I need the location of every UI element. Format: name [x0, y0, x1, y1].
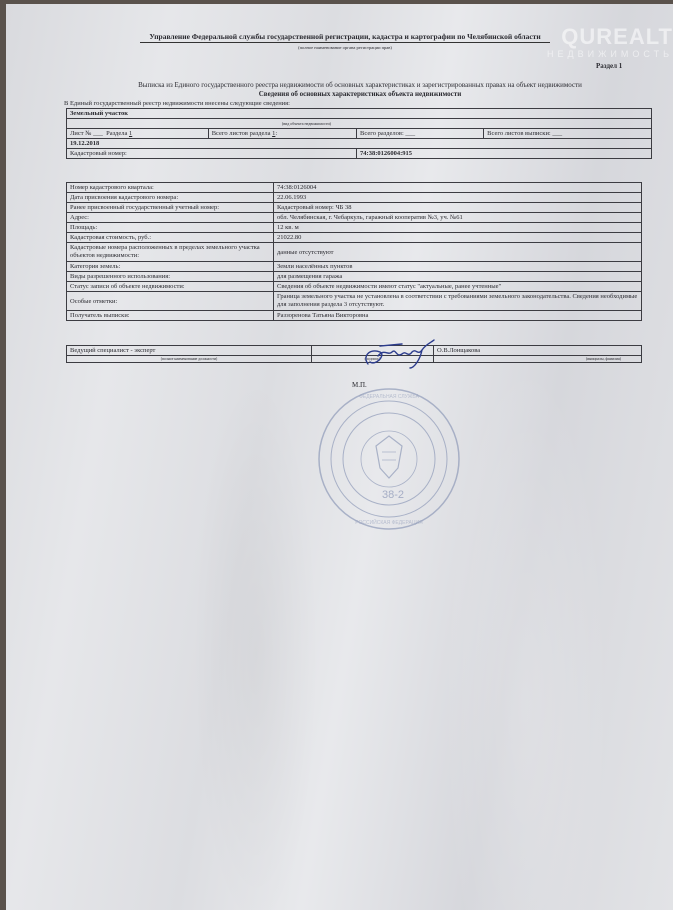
table-row: Категория земель: Земли населённых пункт… [67, 262, 642, 272]
row-value: для размещения гаража [274, 272, 642, 282]
cadastral-number-value: 74:38:0126004:915 [357, 149, 652, 159]
row-label: Кадастровая стоимость, руб.: [67, 233, 274, 243]
table-row: Получатель выписки: Раззоренова Татьяна … [67, 311, 642, 321]
total-sections-value: ___ [405, 130, 415, 137]
object-type: Земельный участок [67, 109, 652, 119]
extract-title: Выписка из Единого государственного реес… [60, 81, 660, 89]
row-label: Дата присвоения кадастрового номера: [67, 193, 274, 203]
extract-date: 19.12.2018 [67, 139, 652, 149]
total-sheets-section-cell: Всего листов раздела 1: [208, 129, 356, 139]
total-sections-label: Всего разделов: [360, 130, 404, 137]
table-row: Статус записи об объекте недвижимости: С… [67, 282, 642, 292]
section-value: 1 [129, 130, 132, 137]
total-sheets-section-value: 1 [272, 130, 275, 137]
row-label: Ранее присвоенный государственный учетны… [67, 203, 274, 213]
row-value: обл. Челябинская, г. Чебаркуль, гаражный… [274, 213, 642, 223]
table-row: Виды разрешенного использования: для раз… [67, 272, 642, 282]
row-value: 12 кв. м [274, 223, 642, 233]
row-label: Категория земель: [67, 262, 274, 272]
row-value: Сведения об объекте недвижимости имеют с… [274, 282, 642, 292]
row-label: Кадастровые номера расположенных в преде… [67, 243, 274, 262]
position-caption: (полное наименование должности) [67, 356, 312, 363]
row-label: Особые отметки: [67, 292, 274, 311]
sheet-number-value: ___ [93, 130, 103, 137]
row-value: Раззоренова Татьяна Викторовна [274, 311, 642, 321]
row-value: Земли населённых пунктов [274, 262, 642, 272]
watermark-logo: QUREALT [547, 26, 673, 48]
table-row: Адрес: обл. Челябинская, г. Чебаркуль, г… [67, 213, 642, 223]
svg-text:38-2: 38-2 [382, 489, 404, 501]
section-label: Раздела [106, 130, 127, 137]
total-sheets-section-label: Всего листов раздела [212, 130, 271, 137]
row-label: Адрес: [67, 213, 274, 223]
row-value: данные отсутствуют [274, 243, 642, 262]
table-row: Особые отметки: Граница земельного участ… [67, 292, 642, 311]
official-seal-icon: ФЕДЕРАЛЬНАЯ СЛУЖБА РОССИЙСКАЯ ФЕДЕРАЦИЯ … [316, 386, 462, 532]
sheet-number-cell: Лист № ___ Раздела 1 [67, 129, 209, 139]
row-label: Номер кадастрового квартала: [67, 183, 274, 193]
table-row: Дата присвоения кадастрового номера: 22.… [67, 193, 642, 203]
total-sheets-extract-label: Всего листов выписки: [487, 130, 551, 137]
svg-text:ФЕДЕРАЛЬНАЯ СЛУЖБА: ФЕДЕРАЛЬНАЯ СЛУЖБА [359, 394, 420, 400]
authority-name: Управление Федеральной службы государств… [140, 32, 550, 43]
signature-table: Ведущий специалист - эксперт О.В.Лонщако… [66, 345, 642, 363]
row-value: Граница земельного участка не установлен… [274, 292, 642, 311]
row-value: Кадастровый номер: ЧБ 38 [274, 203, 642, 213]
row-value: 74:38:0126004 [274, 183, 642, 193]
row-value: 21022.80 [274, 233, 642, 243]
row-label: Виды разрешенного использования: [67, 272, 274, 282]
authority-note: (полное наименование органа регистрации … [140, 45, 550, 50]
object-header-table: Земельный участок (вид объекта недвижимо… [66, 108, 652, 159]
extract-subtitle: Сведения об основных характеристиках объ… [60, 90, 660, 98]
section-label: Раздел 1 [596, 62, 622, 70]
svg-text:РОССИЙСКАЯ ФЕДЕРАЦИЯ: РОССИЙСКАЯ ФЕДЕРАЦИЯ [355, 518, 423, 526]
row-label: Площадь: [67, 223, 274, 233]
signer-name: О.В.Лонщакова [434, 346, 642, 356]
watermark-subtitle: НЕДВИЖИМОСТЬ [547, 48, 673, 60]
watermark: QUREALT НЕДВИЖИМОСТЬ [547, 26, 673, 60]
handwritten-signature [360, 338, 440, 370]
table-row: Ранее присвоенный государственный учетны… [67, 203, 642, 213]
total-sections-cell: Всего разделов: ___ [357, 129, 484, 139]
table-row: Номер кадастрового квартала: 74:38:01260… [67, 183, 642, 193]
row-label: Статус записи об объекте недвижимости: [67, 282, 274, 292]
intro-text: В Единый государственный реестр недвижим… [64, 100, 290, 107]
cadastral-number-label: Кадастровый номер: [67, 149, 357, 159]
table-row: Кадастровая стоимость, руб.: 21022.80 [67, 233, 642, 243]
characteristics-table: Номер кадастрового квартала: 74:38:01260… [66, 182, 642, 321]
object-type-note: (вид объекта недвижимости) [67, 119, 652, 129]
row-label: Получатель выписки: [67, 311, 274, 321]
total-sheets-extract-cell: Всего листов выписки: ___ [484, 129, 652, 139]
row-value: 22.06.1993 [274, 193, 642, 203]
total-sheets-extract-value: ___ [552, 130, 562, 137]
sheet-number-label: Лист № [70, 130, 91, 137]
signer-position: Ведущий специалист - эксперт [67, 346, 312, 356]
table-row: Площадь: 12 кв. м [67, 223, 642, 233]
table-row: Кадастровые номера расположенных в преде… [67, 243, 642, 262]
name-caption: (инициалы, фамилия) [434, 356, 642, 363]
